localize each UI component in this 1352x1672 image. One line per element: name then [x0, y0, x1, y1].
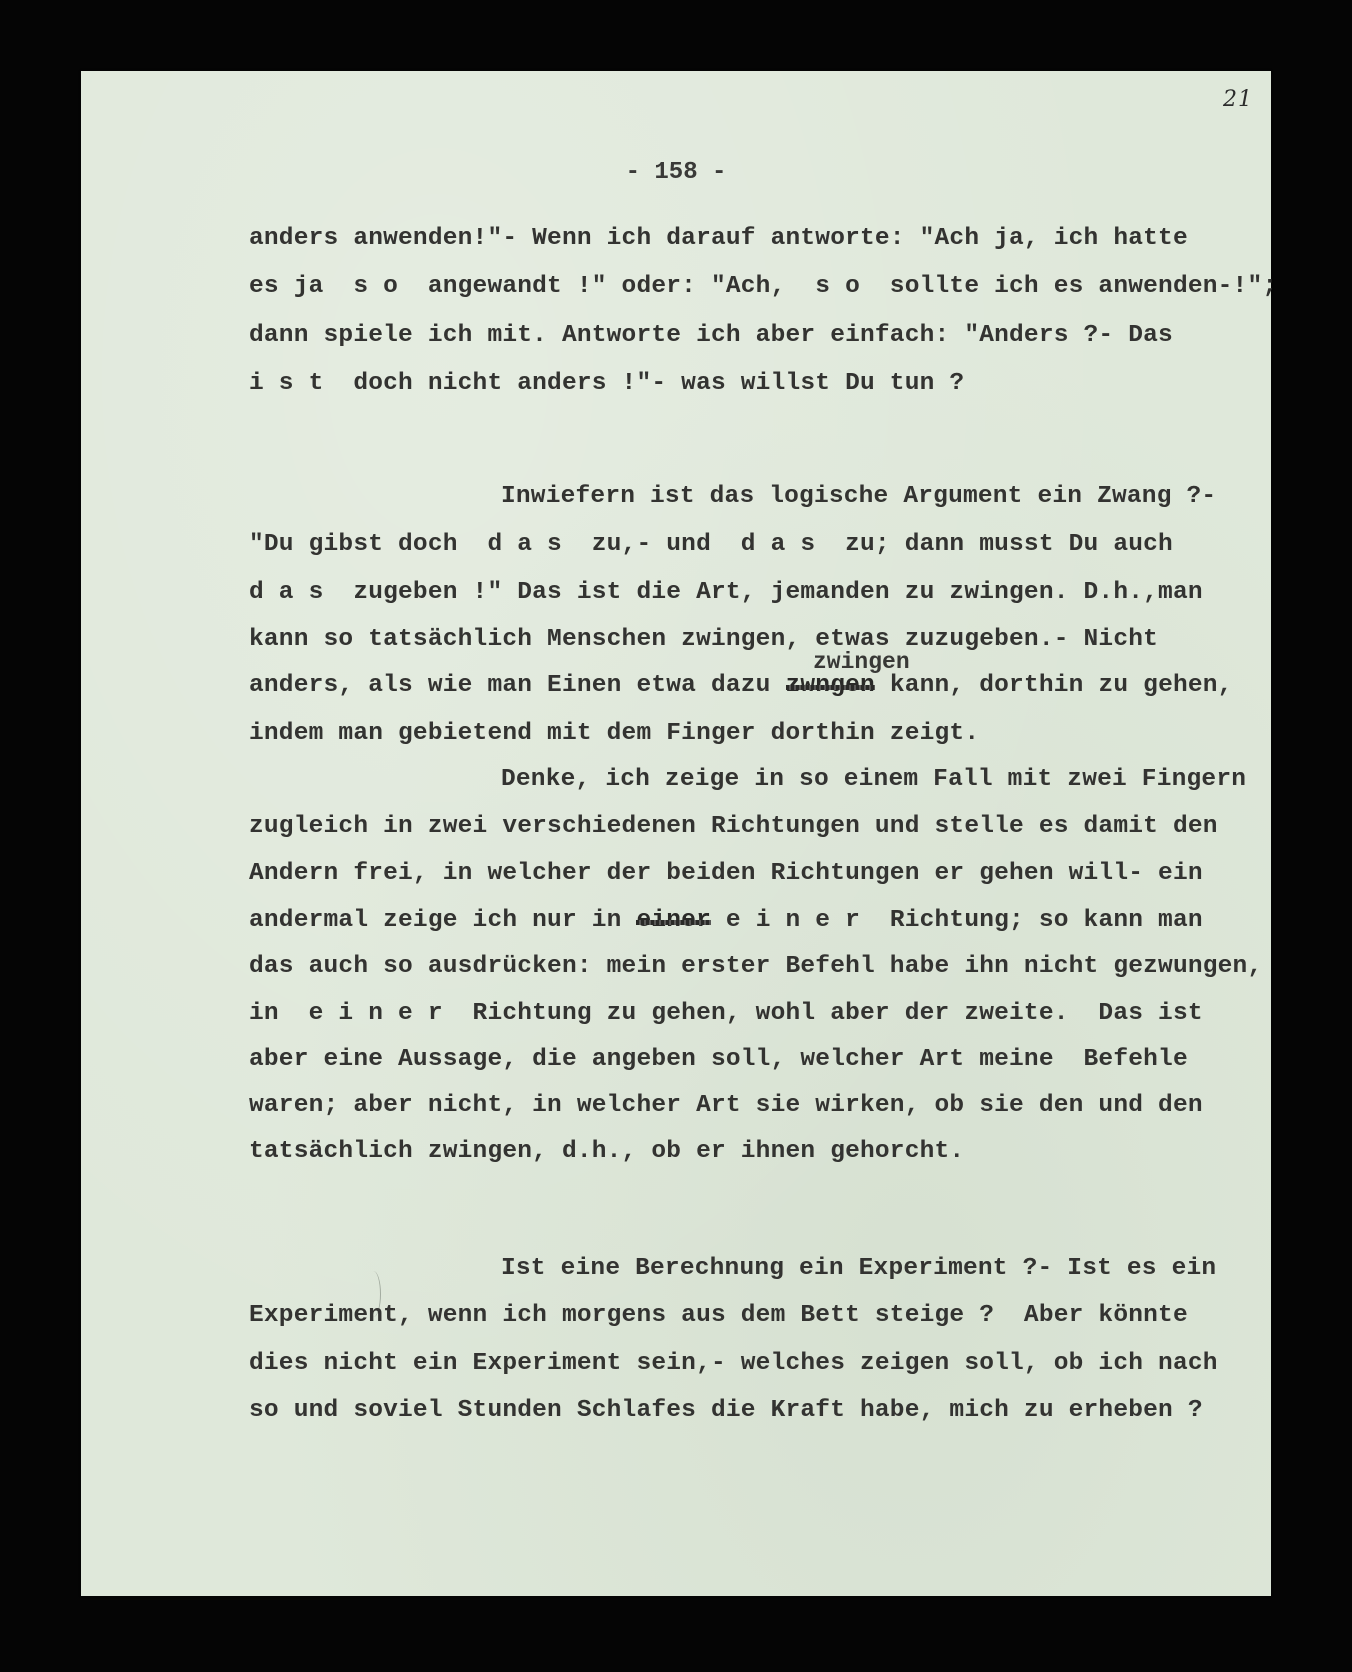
text-line-with-strike: andermal zeige ich nur in einer e i n e …	[249, 909, 1203, 934]
text-line: in e i n e r Richtung zu gehen, wohl abe…	[249, 1002, 1203, 1027]
text-line: Denke, ich zeige in so einem Fall mit zw…	[501, 768, 1246, 793]
text-line: indem man gebietend mit dem Finger dorth…	[249, 722, 979, 747]
text-line: Andern frei, in welcher der beiden Richt…	[249, 862, 1203, 887]
text-segment: anders, als wie man Einen etwa dazu	[249, 672, 786, 699]
struck-out-word: einer	[636, 909, 711, 934]
text-line: aber eine Aussage, die angeben soll, wel…	[249, 1048, 1188, 1073]
text-line: tatsächlich zwingen, d.h., ob er ihnen g…	[249, 1140, 964, 1165]
text-line: waren; aber nicht, in welcher Art sie wi…	[249, 1094, 1203, 1119]
text-line: das auch so ausdrücken: mein erster Befe…	[249, 955, 1262, 980]
text-line: anders anwenden!"- Wenn ich darauf antwo…	[249, 227, 1188, 252]
text-line: d a s zugeben !" Das ist die Art, jemand…	[249, 581, 1203, 606]
text-line: Ist eine Berechnung ein Experiment ?- Is…	[501, 1257, 1216, 1282]
text-segment: andermal zeige ich nur in	[249, 907, 636, 934]
text-line: dann spiele ich mit. Antworte ich aber e…	[249, 324, 1173, 349]
text-line: Inwiefern ist das logische Argument ein …	[501, 485, 1216, 510]
page-number: - 158 -	[81, 159, 1271, 186]
text-line: i s t doch nicht anders !"- was willst D…	[249, 372, 964, 397]
text-line-with-correction: anders, als wie man Einen etwa dazu zwng…	[249, 674, 1233, 699]
interlinear-correction: zwingen	[813, 651, 910, 674]
text-line: zugleich in zwei verschiedenen Richtunge…	[249, 815, 1218, 840]
text-line: Experiment, wenn ich morgens aus dem Bet…	[249, 1304, 1188, 1329]
typescript-page: 21 - 158 - anders anwenden!"- Wenn ich d…	[81, 71, 1271, 1596]
text-line: es ja s o angewandt !" oder: "Ach, s o s…	[249, 275, 1277, 300]
text-line: dies nicht ein Experiment sein,- welches…	[249, 1352, 1218, 1377]
text-line: so und soviel Stunden Schlafes die Kraft…	[249, 1399, 1203, 1424]
text-segment: kann, dorthin zu gehen,	[875, 672, 1233, 699]
text-segment: e i n e r Richtung; so kann man	[711, 907, 1203, 934]
pencil-sheet-number: 21	[1223, 87, 1253, 112]
struck-out-word: zwngen	[786, 674, 875, 699]
text-line: kann so tatsächlich Menschen zwingen, et…	[249, 628, 1158, 653]
text-line: "Du gibst doch d a s zu,- und d a s zu; …	[249, 533, 1173, 558]
